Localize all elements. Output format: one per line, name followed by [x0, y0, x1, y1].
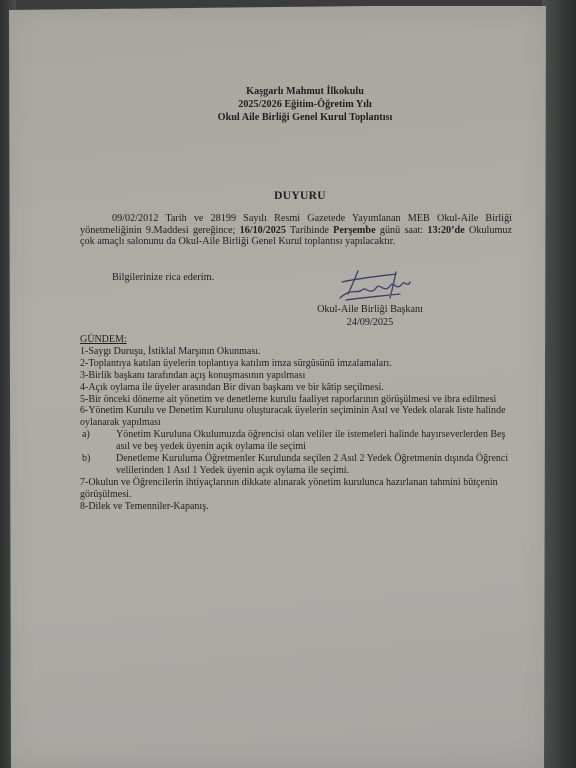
agenda-heading: GÜNDEM:	[80, 334, 520, 346]
agenda-item: 5-Bir önceki döneme ait yönetim ve denet…	[80, 394, 520, 406]
meeting-day: Perşembe	[333, 225, 375, 236]
agenda-item: 3-Birlik başkanı tarafından açış konuşma…	[80, 370, 520, 382]
agenda-item: 1-Saygı Duruşu, İstiklal Marşının Okunma…	[80, 346, 520, 358]
closing-line: Bilgilerinize rica ederim.	[112, 272, 214, 283]
meeting-date: 16/10/2025	[240, 225, 286, 236]
agenda-subitem: a) Yönetim Kuruluna Okulumuzda öğrencisi…	[80, 429, 520, 453]
signatory-block: Okul-Aile Birliği Başkanı 24/09/2025	[305, 303, 435, 329]
signatory-title: Okul-Aile Birliği Başkanı	[305, 303, 435, 316]
announcement-body: 09/02/2012 Tarih ve 28199 Sayılı Resmi G…	[80, 213, 512, 248]
meeting-title: Okul Aile Birliği Genel Kurul Toplantısı	[180, 111, 430, 124]
agenda-item: 6-Yönetim Kurulu ve Denetim Kurulunu olu…	[80, 405, 520, 429]
agenda-item: 8-Dilek ve Temenniler-Kapanış.	[80, 501, 520, 513]
subitem-text: Denetleme Kuruluma Öğretmenler Kurulunda…	[116, 453, 508, 476]
subitem-marker: a)	[82, 429, 90, 441]
subitem-text: Yönetim Kuruluna Okulumuzda öğrencisi ol…	[116, 429, 505, 452]
agenda-item: 2-Toplantıya katılan üyelerin toplantıya…	[80, 358, 520, 370]
intro-text: günü saat:	[376, 225, 428, 236]
intro-text: Tarihinde	[286, 225, 333, 236]
agenda: GÜNDEM: 1-Saygı Duruşu, İstiklal Marşını…	[80, 334, 520, 513]
agenda-item: 7-Okulun ve Öğrencilerin ihtiyaçlarının …	[80, 477, 520, 501]
announcement-title: DUYURU	[200, 190, 400, 202]
signature-scribble	[300, 268, 450, 304]
document-header: Kaşgarlı Mahmut İlkokulu 2025/2026 Eğiti…	[180, 85, 430, 124]
school-name: Kaşgarlı Mahmut İlkokulu	[180, 85, 430, 98]
agenda-item: 4-Açık oylama ile üyeler arasından Bir d…	[80, 382, 520, 394]
subitem-marker: b)	[82, 453, 90, 465]
signature-date: 24/09/2025	[305, 316, 435, 329]
agenda-subitem: b) Denetleme Kuruluma Öğretmenler Kurulu…	[80, 453, 520, 477]
document: Kaşgarlı Mahmut İlkokulu 2025/2026 Eğiti…	[0, 0, 576, 768]
academic-year: 2025/2026 Eğitim-Öğretim Yılı	[180, 98, 430, 111]
meeting-time: 13:20’de	[427, 225, 464, 236]
